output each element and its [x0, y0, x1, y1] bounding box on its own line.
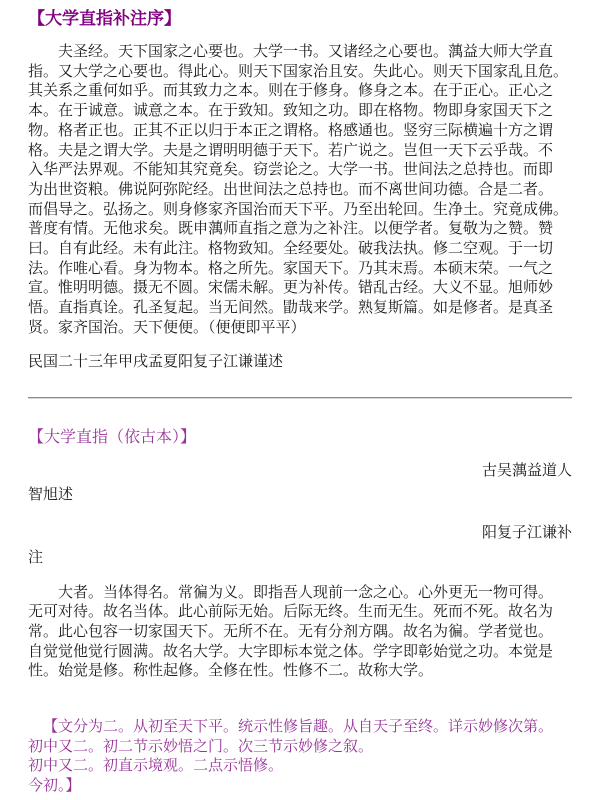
- author-line-right-1: 古吴蕅益道人: [28, 461, 572, 481]
- section-divider: [28, 397, 572, 399]
- preface-title: 【大学直指补注序】: [28, 8, 572, 30]
- author-line-left-2: 注: [28, 548, 572, 568]
- main-title: 【大学直指（依古本）】: [28, 428, 572, 448]
- preface-byline: 民国二十三年甲戌孟夏阳复子江谦谨述: [28, 352, 572, 372]
- preface-body-paragraph: 夫圣经。天下国家之心要也。大学一书。又诸经之心要也。蕅益大师大学直 指。又大学之…: [28, 43, 572, 339]
- author-line-right-2: 阳复子江谦补: [28, 523, 572, 543]
- document-page: 【大学直指补注序】 夫圣经。天下国家之心要也。大学一书。又诸经之心要也。蕅益大师…: [0, 8, 600, 800]
- commentary-outline: 【文分为二。从初至天下平。统示性修旨趣。从自天子至终。详示妙修次第。 初中又二。…: [28, 718, 572, 797]
- main-body-paragraph: 大者。当体得名。常徧为义。即指吾人现前一念之心。心外更无一物可得。 无可对待。故…: [28, 584, 572, 683]
- author-line-left-1: 智旭述: [28, 485, 572, 505]
